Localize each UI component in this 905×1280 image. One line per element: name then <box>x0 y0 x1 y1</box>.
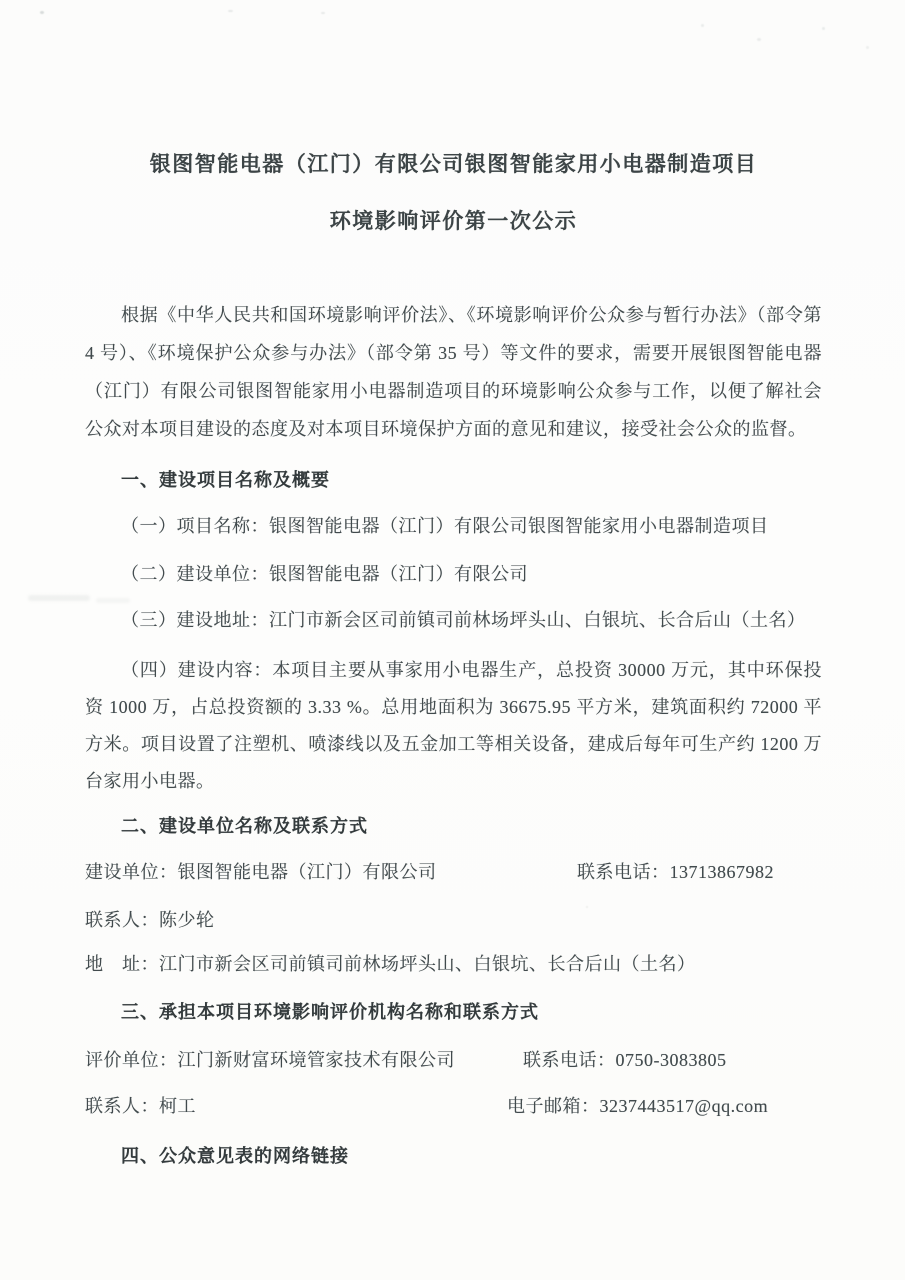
scan-speckle <box>40 11 44 14</box>
project-name-line: （一）项目名称：银图智能电器（江门）有限公司银图智能家用小电器制造项目 <box>85 512 822 538</box>
section-2-heading: 二、建设单位名称及联系方式 <box>85 812 858 838</box>
eia-contact-person: 联系人：柯工 <box>85 1092 196 1118</box>
section-4-heading: 四、公众意见表的网络链接 <box>85 1142 858 1168</box>
section-3-heading: 三、承担本项目环境影响评价机构名称和联系方式 <box>85 998 858 1024</box>
eia-agency-phone: 联系电话：0750-3083805 <box>523 1046 727 1072</box>
builder-contact-row: 建设单位：银图智能电器（江门）有限公司 联系电话：13713867982 <box>85 858 822 884</box>
scan-speckle <box>866 46 869 49</box>
eia-contact-row: 联系人：柯工 电子邮箱：3237443517@qq.com <box>85 1092 822 1118</box>
document-content: 银图智能电器（江门）有限公司银图智能家用小电器制造项目 环境影响评价第一次公示 … <box>85 0 822 1280</box>
construction-address-line: （三）建设地址：江门市新会区司前镇司前林场坪头山、白银坑、长合后山（土名） <box>85 606 822 632</box>
builder-address-row: 地 址：江门市新会区司前镇司前林场坪头山、白银坑、长合后山（土名） <box>85 950 822 976</box>
builder-name: 建设单位：银图智能电器（江门）有限公司 <box>85 858 437 884</box>
eia-agency-name: 评价单位：江门新财富环境管家技术有限公司 <box>85 1046 455 1072</box>
scan-speckle <box>822 27 825 30</box>
construction-content-paragraph: （四）建设内容：本项目主要从事家用小电器生产，总投资 30000 万元，其中环保… <box>85 652 822 800</box>
scan-smudge <box>28 595 90 601</box>
document-title-line-1: 银图智能电器（江门）有限公司银图智能家用小电器制造项目 <box>85 148 822 178</box>
document-title-line-2: 环境影响评价第一次公示 <box>85 205 822 235</box>
scanned-document-page: 银图智能电器（江门）有限公司银图智能家用小电器制造项目 环境影响评价第一次公示 … <box>0 0 905 1280</box>
builder-phone: 联系电话：13713867982 <box>577 858 774 884</box>
builder-contact-person-row: 联系人：陈少轮 <box>85 906 822 932</box>
intro-paragraph: 根据《中华人民共和国环境影响评价法》、《环境影响评价公众参与暂行办法》（部令第 … <box>85 296 822 448</box>
builder-contact-person: 联系人：陈少轮 <box>85 906 215 932</box>
section-1-heading: 一、建设项目名称及概要 <box>85 466 858 492</box>
builder-address: 地 址：江门市新会区司前镇司前林场坪头山、白银坑、长合后山（土名） <box>85 950 696 976</box>
eia-email: 电子邮箱：3237443517@qq.com <box>507 1092 768 1118</box>
construction-unit-line: （二）建设单位：银图智能电器（江门）有限公司 <box>85 560 822 586</box>
eia-agency-row: 评价单位：江门新财富环境管家技术有限公司 联系电话：0750-3083805 <box>85 1046 822 1072</box>
